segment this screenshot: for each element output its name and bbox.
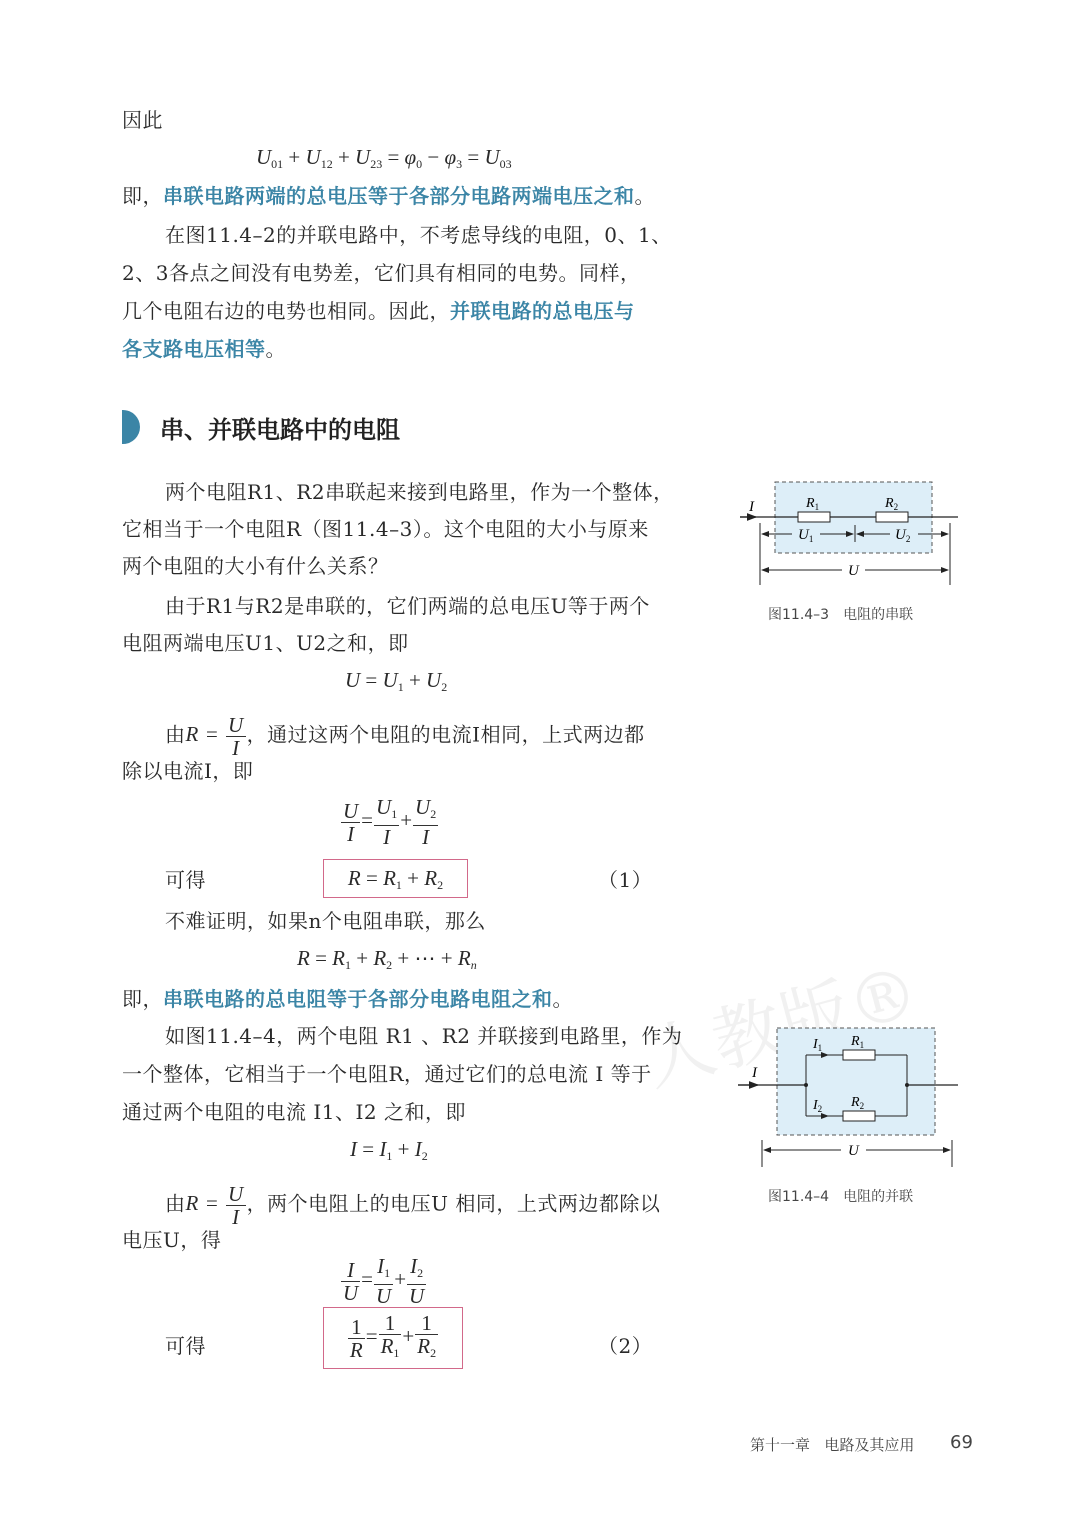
series-voltage-conclusion: 即，串联电路两端的总电压等于各部分电路两端电压之和。 bbox=[122, 182, 692, 210]
paragraph-line: 除以电流I，即 bbox=[122, 757, 692, 785]
paragraph-line: 两个电阻的大小有什么关系？ bbox=[122, 552, 692, 580]
figure-series-circuit: I R1 R2 U1 U2 U bbox=[740, 475, 970, 595]
figure-caption: 图11.4–3 电阻的串联 bbox=[768, 604, 913, 624]
equation-n-resistors: R = R1 + R2 + ⋯ + Rn bbox=[297, 946, 477, 973]
paragraph-line: 通过两个电阻的电流 I1、I2 之和，即 bbox=[122, 1098, 692, 1126]
svg-text:U: U bbox=[848, 563, 860, 579]
inline-fraction: R = UI bbox=[186, 1191, 247, 1215]
equation-divide-by-I: UI=U1I+U2I bbox=[340, 796, 439, 848]
paragraph-line: 由R = UI，通过这两个电阻的电流I相同，上式两边都 bbox=[165, 714, 735, 759]
paragraph-line: 几个电阻右边的电势也相同。因此，并联电路的总电压与 bbox=[122, 297, 692, 325]
highlight-text: 各支路电压相等 bbox=[122, 337, 266, 361]
highlight-text: 串联电路的总电阻等于各部分电路电阻之和 bbox=[163, 987, 553, 1011]
paragraph-line: 由于R1与R2是串联的，它们两端的总电压U等于两个 bbox=[165, 592, 735, 620]
resistor-R2-icon bbox=[876, 512, 908, 522]
page-number: 69 bbox=[950, 1432, 973, 1453]
svg-text:I: I bbox=[748, 499, 755, 515]
paragraph-line: 如图11.4–4，两个电阻 R1 、R2 并联接到电路里，作为 bbox=[165, 1022, 735, 1050]
paragraph-line: 2、3各点之间没有电势差，它们具有相同的电势。同样， bbox=[122, 259, 692, 287]
equation-series-voltage-sum: U01 + U12 + U23 = φ0 − φ3 = U03 bbox=[256, 145, 512, 172]
paragraph-line: 它相当于一个电阻R（图11.4–3）。这个电阻的大小与原来 bbox=[122, 515, 692, 543]
resistor-R2-icon bbox=[843, 1111, 875, 1121]
boxed-formula-parallel: 1R=1R1+1R2 bbox=[323, 1307, 463, 1369]
resistor-R1-icon bbox=[798, 512, 830, 522]
paragraph-line: 一个整体，它相当于一个电阻R，通过它们的总电流 I 等于 bbox=[122, 1060, 692, 1088]
text-therefore: 因此 bbox=[122, 106, 692, 134]
equation-divide-by-U: IU=I1U+I2U bbox=[340, 1255, 427, 1307]
svg-text:U: U bbox=[848, 1143, 860, 1159]
equation-number: （2） bbox=[598, 1332, 658, 1360]
equation-number: （1） bbox=[598, 866, 658, 894]
paragraph-line: 电阻两端电压U1、U2之和，即 bbox=[122, 629, 692, 657]
series-resistance-conclusion: 即，串联电路的总电阻等于各部分电路电阻之和。 bbox=[122, 985, 692, 1013]
figure-caption: 图11.4–4 电阻的并联 bbox=[768, 1186, 913, 1206]
paragraph-line: 各支路电压相等。 bbox=[122, 335, 692, 363]
paragraph-line: 电压U，得 bbox=[122, 1226, 692, 1254]
boxed-formula-series: R = R1 + R2 bbox=[323, 859, 468, 898]
inline-fraction: R = UI bbox=[186, 722, 247, 746]
resistor-R1-icon bbox=[843, 1050, 875, 1060]
equation-I-sum: I = I1 + I2 bbox=[350, 1137, 428, 1164]
footer-chapter: 第十一章 电路及其应用 bbox=[750, 1434, 914, 1455]
highlight-text: 串联电路两端的总电压等于各部分电路两端电压之和 bbox=[163, 184, 635, 208]
paragraph-line: 两个电阻R1、R2串联起来接到电路里，作为一个整体， bbox=[165, 478, 735, 506]
highlight-text: 并联电路的总电压与 bbox=[450, 299, 635, 323]
section-marker-icon bbox=[122, 410, 140, 444]
equation-U-sum: U = U1 + U2 bbox=[345, 668, 447, 695]
svg-text:I: I bbox=[751, 1065, 758, 1081]
paragraph-line: 在图11.4–2的并联电路中，不考虑导线的电阻，0、1、 bbox=[165, 221, 735, 249]
paragraph-line: 由R = UI，两个电阻上的电压U 相同，上式两边都除以 bbox=[165, 1183, 735, 1228]
figure-parallel-circuit: I I1 I2 R1 R2 U bbox=[738, 1022, 970, 1170]
section-title: 串、并联电路中的电阻 bbox=[160, 410, 400, 445]
paragraph-line: 不难证明，如果n个电阻串联，那么 bbox=[165, 907, 735, 935]
